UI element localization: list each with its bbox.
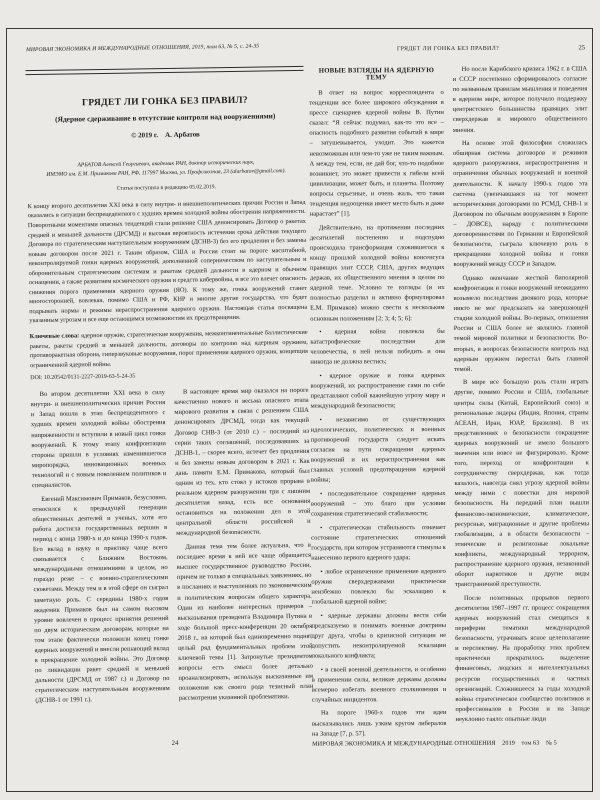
bullet-item: • последовательное сокращение ядерных во… <box>311 489 446 520</box>
body-paragraph: В настоящее время мир оказался на пороге… <box>174 386 311 540</box>
keywords-label: Ключевые слова: <box>30 332 80 340</box>
keywords-block: Ключевые слова: ядерное оружие, стратеги… <box>30 328 309 371</box>
body-paragraph: Однако окончание жесткой биполярной конф… <box>454 273 589 375</box>
page25-body-columns: НОВЫЕ ВЗГЛЯДЫ НА ЯДЕРНУЮ ТЕМУ В ответ на… <box>309 64 590 742</box>
copyright-author-line: © 2019 г. А. Арбатов <box>26 129 304 141</box>
header-double-rule <box>25 66 303 75</box>
body-paragraph: Действительно, на протяжении последних д… <box>310 223 445 325</box>
bullet-item: • независимо от существующих идеологичес… <box>311 415 446 486</box>
body-paragraph: Евгений Максимович Примаков, безусловно,… <box>32 493 170 707</box>
article-subtitle: (Ядерное сдерживание в отсутствие контро… <box>26 111 304 124</box>
body-paragraph: Во втором десятилетии XXI века в силу вн… <box>30 388 166 491</box>
page-number-24: 24 <box>36 738 314 749</box>
received-date-line: Статья поступила в редакцию 05.02.2019. <box>27 183 305 193</box>
running-head-right: ГРЯДЕТ ЛИ ГОНКА БЕЗ ПРАВИЛ? <box>339 46 557 53</box>
body-paragraph: На пороге 1960-х годов эти идеи высказыв… <box>312 708 447 739</box>
bullet-item: • ядерные державы должны вести себя пред… <box>311 611 446 662</box>
body-paragraph: В мире все большую роль стали играть дру… <box>454 378 589 591</box>
body-paragraph: После позитивных прорывов первого десяти… <box>455 593 590 725</box>
abstract-text: К концу второго десятилетия XXI века в с… <box>28 198 308 326</box>
page-number-25: 25 <box>579 44 586 51</box>
body-paragraph: В ответ на вопрос корреспондента о тенде… <box>309 88 444 220</box>
bullet-item: • ядерное оружие и гонка ядерных вооруже… <box>310 371 445 412</box>
body-paragraph: Но после Карибского кризиса 1962 г. в СШ… <box>453 64 588 135</box>
author-affiliation: АРБАТОВ Алексей Георгиевич, академик РАН… <box>27 158 305 180</box>
article-title: ГРЯДЕТ ЛИ ГОНКА БЕЗ ПРАВИЛ? <box>32 95 298 109</box>
body-paragraph: Данная тема тем более актуальна, что в п… <box>176 541 313 705</box>
bullet-item: • стратегическая стабильность означает с… <box>311 523 446 564</box>
page-24: МИРОВАЯ ЭКОНОМИКА И МЕЖДУНАРОДНЫЕ ОТНОШЕ… <box>25 38 313 710</box>
page24-body-columns: Во втором десятилетии XXI века в силу вн… <box>30 386 313 710</box>
bullet-item: • любое ограниченное применение ядерного… <box>311 567 446 608</box>
page25-column-2: Но после Карибского кризиса 1962 г. в СШ… <box>453 64 590 728</box>
page-25: ГРЯДЕТ ЛИ ГОНКА БЕЗ ПРАВИЛ? 25 НОВЫЕ ВЗГ… <box>309 39 590 742</box>
section-heading: НОВЫЕ ВЗГЛЯДЫ НА ЯДЕРНУЮ ТЕМУ <box>309 67 444 82</box>
bullet-item: • в своей военной деятельности, и особен… <box>312 665 447 706</box>
body-paragraph: На основе этой философии сложилась обшир… <box>453 139 588 271</box>
journal-spread-scan: МИРОВАЯ ЭКОНОМИКА И МЕЖДУНАРОДНЫЕ ОТНОШЕ… <box>0 0 600 800</box>
page24-column-1: Во втором десятилетии XXI века в силу вн… <box>30 388 170 710</box>
running-head-left: МИРОВАЯ ЭКОНОМИКА И МЕЖДУНАРОДНЫЕ ОТНОШЕ… <box>26 43 303 53</box>
journal-footer: МИРОВАЯ ЭКОНОМИКА И МЕЖДУНАРОДНЫЕ ОТНОШЕ… <box>312 739 590 747</box>
bullet-item: • ядерная война повлекла бы катастрофиче… <box>310 327 445 368</box>
doi-line: DOI: 10.20542/0131-2227-2019-63-5-24-35 <box>30 371 308 381</box>
page24-column-2: В настоящее время мир оказался на пороге… <box>174 386 314 708</box>
page25-column-1: НОВЫЕ ВЗГЛЯДЫ НА ЯДЕРНУЮ ТЕМУ В ответ на… <box>309 65 446 743</box>
